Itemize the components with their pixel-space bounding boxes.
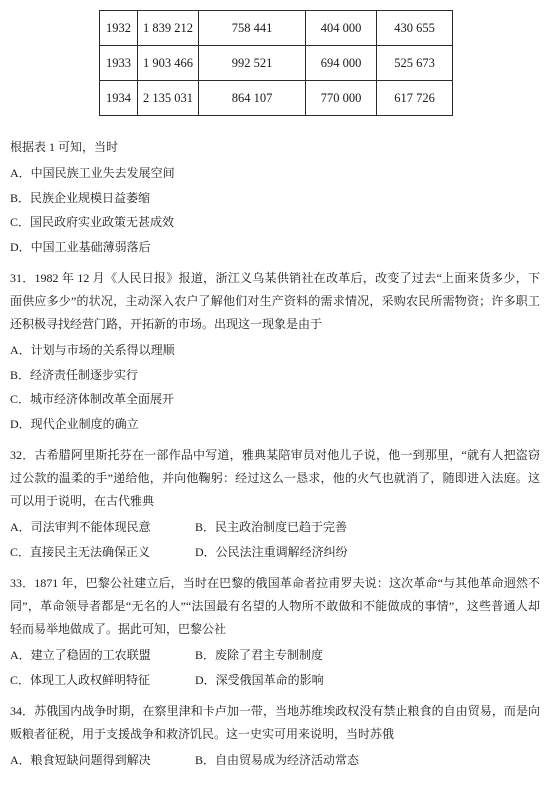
table-row-1934: 1934 2 135 031 864 107 770 000 617 726 <box>100 81 453 116</box>
table-cell: 1 903 466 <box>138 46 199 81</box>
table-cell: 992 521 <box>199 46 306 81</box>
table-question-prompt: 根据表 1 可知，当时 <box>10 135 540 159</box>
question-34: 34．苏俄国内战争时期，在察里津和卡卢加一带，当地苏维埃政权没有禁止粮食的自由贸… <box>10 700 540 773</box>
table-cell-year: 1934 <box>100 81 138 116</box>
option-b: B．经济责任制逐步实行 <box>10 363 540 388</box>
option-c: C．体现工人政权鲜明特征 <box>10 668 195 693</box>
table-cell: 430 655 <box>377 11 453 46</box>
option-row-ab: A．粮食短缺问题得到解决 B．自由贸易成为经济活动常态 <box>10 748 540 773</box>
option-d: D．公民法注重调解经济纠纷 <box>195 540 540 565</box>
table-cell-year: 1933 <box>100 46 138 81</box>
option-a: A．中国民族工业失去发展空间 <box>10 161 540 186</box>
option-a: A．粮食短缺问题得到解决 <box>10 748 195 773</box>
question-31: 31．1982 年 12 月《人民日报》报道，浙江义乌某供销社在改革后，改变了过… <box>10 267 540 436</box>
table-question-options: A．中国民族工业失去发展空间 B．民族企业规模日益萎缩 C．国民政府实业政策无甚… <box>10 161 540 259</box>
option-b: B．废除了君主专制制度 <box>195 643 540 668</box>
table-cell: 770 000 <box>306 81 377 116</box>
option-row-cd: C．体现工人政权鲜明特征 D．深受俄国革命的影响 <box>10 668 540 693</box>
industry-statistics-table: 1932 1 839 212 758 441 404 000 430 655 1… <box>99 10 453 116</box>
table-row-1932: 1932 1 839 212 758 441 404 000 430 655 <box>100 11 453 46</box>
table-cell: 617 726 <box>377 81 453 116</box>
option-c: C．直接民主无法确保正义 <box>10 540 195 565</box>
question-33-stem: 33．1871 年，巴黎公社建立后，当时在巴黎的俄国革命者拉甫罗夫说：这次革命“… <box>10 572 540 641</box>
option-a: A．建立了稳固的工农联盟 <box>10 643 195 668</box>
option-row-ab: A．司法审判不能体现民意 B．民主政治制度已趋于完善 <box>10 515 540 540</box>
option-c: C．国民政府实业政策无甚成效 <box>10 210 540 235</box>
option-a: A．计划与市场的关系得以理顺 <box>10 338 540 363</box>
question-31-stem: 31．1982 年 12 月《人民日报》报道，浙江义乌某供销社在改革后，改变了过… <box>10 267 540 336</box>
table-cell: 525 673 <box>377 46 453 81</box>
option-a: A．司法审判不能体现民意 <box>10 515 195 540</box>
option-row-ab: A．建立了稳固的工农联盟 B．废除了君主专制制度 <box>10 643 540 668</box>
table-cell: 864 107 <box>199 81 306 116</box>
table-cell: 404 000 <box>306 11 377 46</box>
question-34-stem: 34．苏俄国内战争时期，在察里津和卡卢加一带，当地苏维埃政权没有禁止粮食的自由贸… <box>10 700 540 746</box>
exam-page: 1932 1 839 212 758 441 404 000 430 655 1… <box>0 10 550 773</box>
question-33-options: A．建立了稳固的工农联盟 B．废除了君主专制制度 C．体现工人政权鲜明特征 D．… <box>10 643 540 692</box>
table-cell: 2 135 031 <box>138 81 199 116</box>
question-32-stem: 32．古希腊阿里斯托芬在一部作品中写道，雅典某陪审员对他儿子说，他一到那里，“就… <box>10 444 540 513</box>
option-c: C．城市经济体制改革全面展开 <box>10 387 540 412</box>
question-33: 33．1871 年，巴黎公社建立后，当时在巴黎的俄国革命者拉甫罗夫说：这次革命“… <box>10 572 540 692</box>
option-b: B．民主政治制度已趋于完善 <box>195 515 540 540</box>
option-d: D．现代企业制度的确立 <box>10 412 540 437</box>
table-cell: 694 000 <box>306 46 377 81</box>
option-b: B．民族企业规模日益萎缩 <box>10 186 540 211</box>
question-31-options: A．计划与市场的关系得以理顺 B．经济责任制逐步实行 C．城市经济体制改革全面展… <box>10 338 540 436</box>
option-b: B．自由贸易成为经济活动常态 <box>195 748 540 773</box>
table-cell: 1 839 212 <box>138 11 199 46</box>
option-d: D．深受俄国革命的影响 <box>195 668 540 693</box>
table-cell: 758 441 <box>199 11 306 46</box>
table-row-1933: 1933 1 903 466 992 521 694 000 525 673 <box>100 46 453 81</box>
question-32: 32．古希腊阿里斯托芬在一部作品中写道，雅典某陪审员对他儿子说，他一到那里，“就… <box>10 444 540 564</box>
table-cell-year: 1932 <box>100 11 138 46</box>
option-d: D．中国工业基础薄弱落后 <box>10 235 540 260</box>
option-row-cd: C．直接民主无法确保正义 D．公民法注重调解经济纠纷 <box>10 540 540 565</box>
question-34-options: A．粮食短缺问题得到解决 B．自由贸易成为经济活动常态 <box>10 748 540 773</box>
question-32-options: A．司法审判不能体现民意 B．民主政治制度已趋于完善 C．直接民主无法确保正义 … <box>10 515 540 564</box>
